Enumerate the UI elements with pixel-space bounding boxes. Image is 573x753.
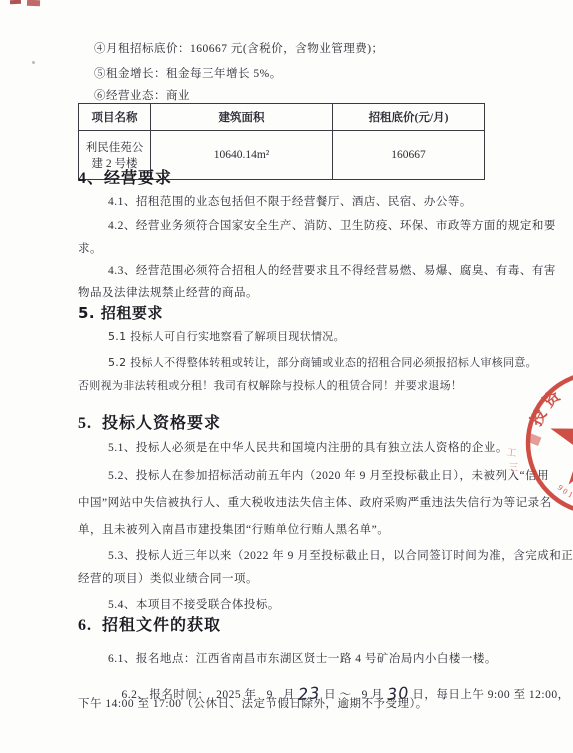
stamp-side-mark: 三: [508, 461, 519, 474]
table-header-base-price: 招租底价(元/月): [333, 104, 485, 131]
registration-time-suffix: 日，每日上午 9:00 至 12:00，: [409, 689, 570, 701]
body-line: 5.2、投标人在参加招标活动前五年内（2020 年 9 月至投标截止日），未被列…: [108, 467, 549, 483]
body-line: 经营的项目）类似业绩合同一项。: [78, 570, 258, 586]
body-line: 5.1、投标人必须是在中华人民共和国境内注册的具有独立法人资格的企业。: [108, 439, 508, 455]
body-line: 5.3、投标人近三年以来（2022 年 9 月至投标截止日，以合同签订时间为准，…: [108, 547, 573, 563]
section-heading-operating-requirements: 4、经营要求: [78, 165, 172, 188]
section-heading-document-acquisition: 6. 招租文件的获取: [78, 612, 221, 635]
section-heading-bidder-qualification: 5. 投标人资格要求: [78, 410, 221, 433]
body-line: 4.1、招租范围的业态包括但不限于经营餐厅、酒店、民宿、办公等。: [108, 193, 472, 209]
stamp-side-mark: 工: [506, 446, 518, 459]
clause-monthly-rent-base-price: ④月租招标底价：160667 元(含税价，含物业管理费)；: [94, 40, 384, 56]
scan-artifact-dot: [32, 61, 35, 64]
body-line-registration-address: 6.1、报名地点：江西省南昌市东湖区贤士一路 4 号矿冶局内小白楼一楼。: [108, 650, 497, 666]
body-line: 中国”网站中失信被执行人、重大税收违法失信主体、政府采购严重违法失信行为等记录名: [78, 494, 552, 510]
official-seal-stamp: 投资 90108116 工 三: [490, 363, 573, 533]
table-cell-base-price: 160667: [333, 131, 485, 180]
scan-artifact-mark: [10, 0, 21, 4]
body-line: 求。: [78, 240, 102, 256]
table-cell-building-area: 10640.14m²: [151, 131, 333, 180]
body-line: 单，且未被列入南昌市建投集团“行贿单位行贿人黑名单”。: [78, 521, 389, 537]
table-header-project-name: 项目名称: [79, 104, 151, 131]
scan-artifact-mark: [27, 0, 40, 6]
document-page: ④月租招标底价：160667 元(含税价，含物业管理费)； ⑤租金增长：租金每三…: [0, 0, 573, 753]
stamp-arc-text: 投资: [527, 383, 568, 429]
body-line: 否则视为非法转租或分租！我司有权解除与投标人的租赁合同！并要求退场！: [78, 377, 462, 393]
table-header-row: 项目名称 建筑面积 招租底价(元/月): [79, 104, 485, 131]
body-line: 5.2 投标人不得整体转租或转让，部分商铺或业态的招租合同必须报招标人审核同意。: [108, 354, 537, 370]
clause-rent-increase: ⑤租金增长：租金每三年增长 5%。: [94, 65, 282, 81]
body-line: 下午 14:00 至 17:00（公休日、法定节假日除外，逾期不予受理）。: [78, 695, 428, 711]
section-heading-rental-requirements: 5. 招租要求: [78, 302, 163, 323]
table-header-building-area: 建筑面积: [151, 104, 333, 131]
body-line: 4.2、经营业务须符合国家安全生产、消防、卫生防疫、环保、市政等方面的规定和要: [108, 217, 556, 233]
body-line: 物品及法律法规禁止经营的商品。: [78, 284, 258, 300]
body-line: 4.3、经营范围必须符合招租人的经营要求且不得经营易燃、易爆、腐臭、有毒、有害: [108, 262, 556, 278]
body-line: 5.1 投标人可自行实地察看了解项目现状情况。: [108, 328, 345, 344]
body-line: 5.4、本项目不接受联合体投标。: [108, 596, 280, 612]
clause-business-type: ⑥经营业态：商业: [94, 87, 190, 103]
